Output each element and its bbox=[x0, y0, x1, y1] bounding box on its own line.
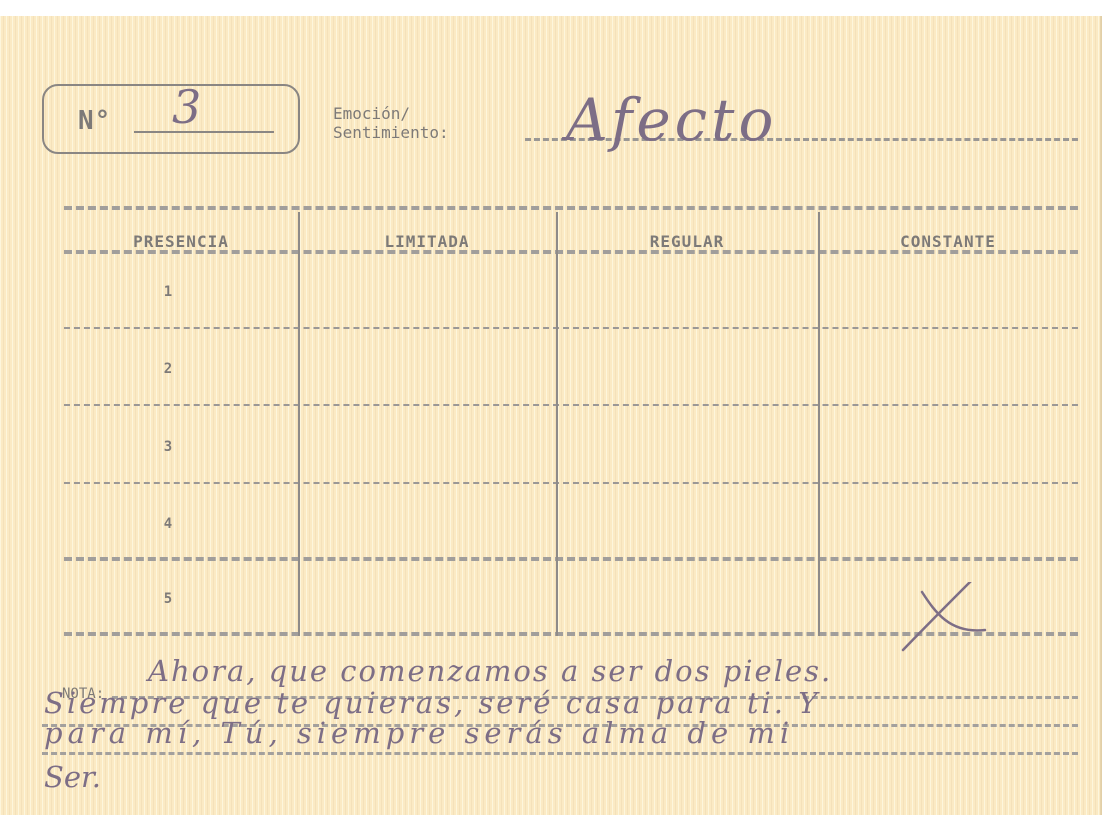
table-row-rule bbox=[64, 404, 1078, 406]
row-label-4: 4 bbox=[148, 516, 188, 532]
table-row-rule bbox=[64, 327, 1078, 329]
header-presencia: PRESENCIA bbox=[64, 232, 298, 251]
row-label-5: 5 bbox=[148, 591, 188, 607]
number-box: N° 3 bbox=[42, 84, 300, 154]
table-column-divider bbox=[298, 212, 300, 636]
x-mark-constante-row-5 bbox=[900, 582, 990, 652]
nota-line-2: Siempre que te quieras, seré casa para t… bbox=[44, 688, 820, 718]
nota-line-1: Ahora, que comenzamos a ser dos pieles. bbox=[148, 656, 832, 686]
row-label-2: 2 bbox=[148, 361, 188, 377]
table-row-rule bbox=[64, 557, 1078, 561]
number-value: 3 bbox=[172, 80, 201, 134]
emotion-label-line2: Sentimiento: bbox=[333, 123, 449, 142]
nota-line-3: para mí, Tú, siempre serás alma de mi bbox=[44, 718, 794, 748]
emotion-value: Afecto bbox=[566, 86, 777, 154]
emotion-label-line1: Emoción/ bbox=[333, 104, 449, 123]
number-underline bbox=[134, 131, 274, 133]
header-regular: REGULAR bbox=[556, 232, 818, 251]
header-constante: CONSTANTE bbox=[818, 232, 1078, 251]
emotion-label: Emoción/ Sentimiento: bbox=[333, 104, 449, 142]
number-label: N° bbox=[78, 106, 111, 136]
table-top-rule bbox=[64, 206, 1078, 210]
nota-line-4: Ser. bbox=[44, 762, 101, 792]
table-column-divider bbox=[556, 212, 558, 636]
row-label-3: 3 bbox=[148, 439, 188, 455]
table-column-divider bbox=[818, 212, 820, 636]
header-limitada: LIMITADA bbox=[298, 232, 556, 251]
emotion-card: N° 3 Emoción/ Sentimiento: Afecto PRESEN… bbox=[0, 16, 1102, 815]
table-row-rule bbox=[64, 482, 1078, 484]
row-label-1: 1 bbox=[148, 284, 188, 300]
nota-rule bbox=[42, 752, 1078, 755]
